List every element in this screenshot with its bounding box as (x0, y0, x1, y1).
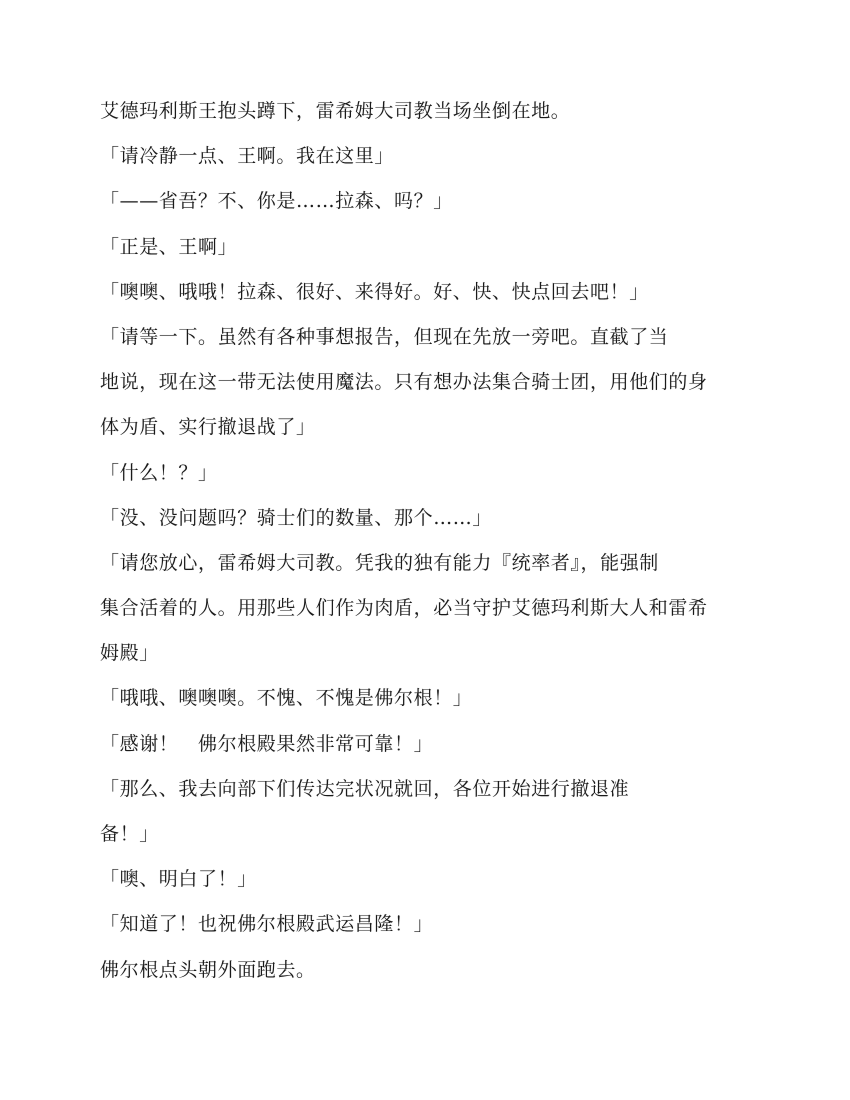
dialogue-line: 「请冷静一点、王啊。我在这里」 (100, 139, 760, 184)
dialogue-line: 「请等一下。虽然有各种事想报告，但现在先放一旁吧。直截了当 (100, 320, 760, 365)
dialogue-line: 「正是、王啊」 (100, 230, 760, 275)
dialogue-line-continuation: 集合活着的人。用那些人们作为肉盾，必当守护艾德玛利斯大人和雷希 (100, 591, 760, 636)
dialogue-line-continuation: 备！」 (100, 817, 760, 862)
dialogue-line: 「噢噢、哦哦！拉森、很好、来得好。好、快、快点回去吧！」 (100, 275, 760, 320)
dialogue-line: 「请您放心，雷希姆大司教。凭我的独有能力『统率者』，能强制 (100, 546, 760, 591)
dialogue-line: 「知道了！也祝佛尔根殿武运昌隆！」 (100, 907, 760, 952)
dialogue-line-continuation: 姆殿」 (100, 636, 760, 681)
dialogue-line: 「那么、我去向部下们传达完状况就回，各位开始进行撤退准 (100, 772, 760, 817)
dialogue-line: 「噢、明白了！」 (100, 862, 760, 907)
narration-line: 艾德玛利斯王抱头蹲下，雷希姆大司教当场坐倒在地。 (100, 94, 760, 139)
document-page: 艾德玛利斯王抱头蹲下，雷希姆大司教当场坐倒在地。 「请冷静一点、王啊。我在这里」… (100, 94, 760, 998)
dialogue-line: 「什么！？」 (100, 456, 760, 501)
dialogue-line: 「感谢！ 佛尔根殿果然非常可靠！」 (100, 727, 760, 772)
dialogue-line-continuation: 体为盾、实行撤退战了」 (100, 410, 760, 455)
dialogue-line: 「——省吾？不、你是……拉森、吗？」 (100, 184, 760, 229)
dialogue-line: 「哦哦、噢噢噢。不愧、不愧是佛尔根！」 (100, 681, 760, 726)
dialogue-line: 「没、没问题吗？骑士们的数量、那个……」 (100, 501, 760, 546)
narration-line: 佛尔根点头朝外面跑去。 (100, 953, 760, 998)
dialogue-line-continuation: 地说，现在这一带无法使用魔法。只有想办法集合骑士团，用他们的身 (100, 365, 760, 410)
